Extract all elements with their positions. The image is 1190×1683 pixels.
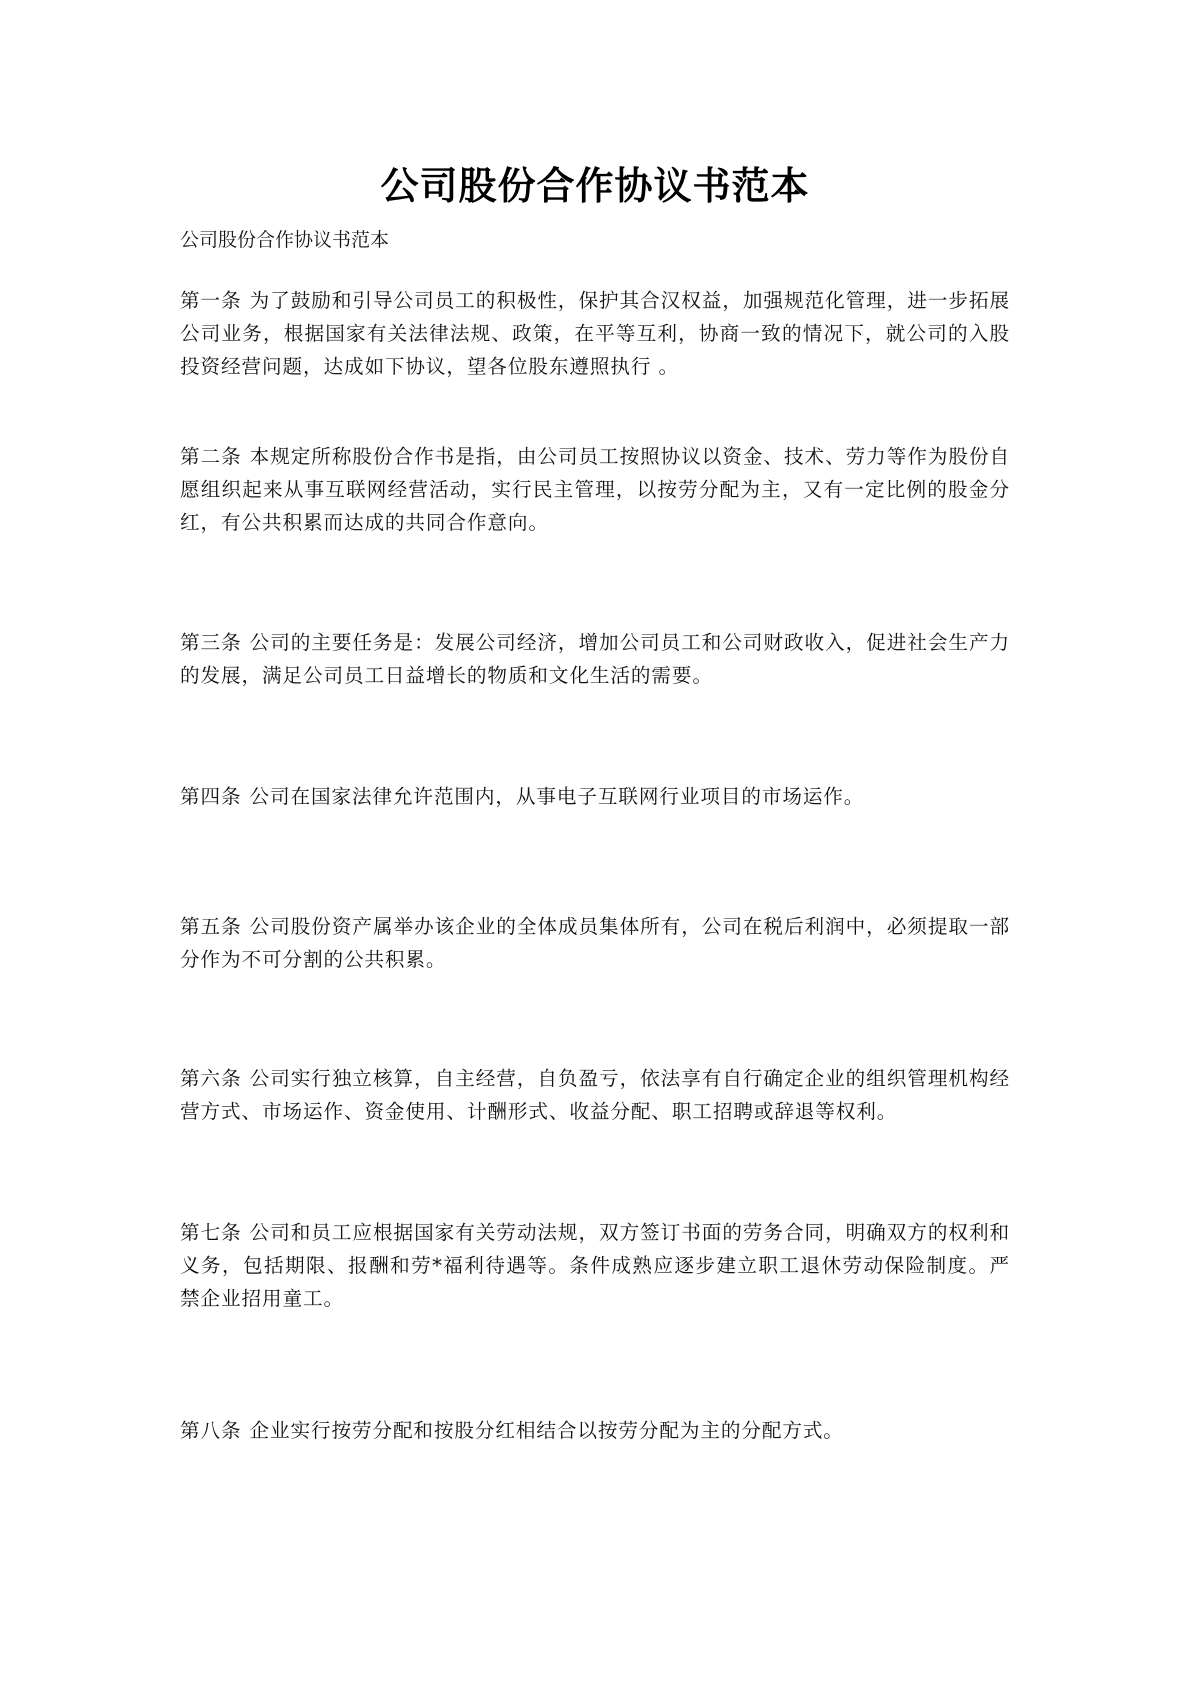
article-text: 公司和员工应根据国家有关劳动法规，双方签订书面的劳务合同，明确双方的权利和义务，… <box>180 1221 1010 1310</box>
article-6: 第六条公司实行独立核算，自主经营，自负盈亏，依法享有自行确定企业的组织管理机构经… <box>180 1062 1010 1128</box>
article-number: 第七条 <box>180 1221 242 1244</box>
article-number: 第六条 <box>180 1067 242 1090</box>
document-title: 公司股份合作协议书范本 <box>0 160 1190 212</box>
article-5: 第五条公司股份资产属举办该企业的全体成员集体所有，公司在税后利润中，必须提取一部… <box>180 910 1010 976</box>
article-number: 第一条 <box>180 289 242 312</box>
document-page: 公司股份合作协议书范本 公司股份合作协议书范本 第一条为了鼓励和引导公司员工的积… <box>0 0 1190 1683</box>
article-number: 第五条 <box>180 915 242 938</box>
article-number: 第三条 <box>180 631 242 654</box>
article-text: 为了鼓励和引导公司员工的积极性，保护其合汉权益，加强规范化管理，进一步拓展公司业… <box>180 289 1010 378</box>
article-2: 第二条本规定所称股份合作书是指，由公司员工按照协议以资金、技术、劳力等作为股份自… <box>180 440 1010 539</box>
article-3: 第三条公司的主要任务是：发展公司经济，增加公司员工和公司财政收入，促进社会生产力… <box>180 626 1010 692</box>
article-text: 企业实行按劳分配和按股分红相结合以按劳分配为主的分配方式。 <box>249 1419 843 1442</box>
document-subtitle: 公司股份合作协议书范本 <box>180 224 389 257</box>
article-7: 第七条公司和员工应根据国家有关劳动法规，双方签订书面的劳务合同，明确双方的权利和… <box>180 1216 1010 1315</box>
article-number: 第四条 <box>180 785 241 808</box>
article-number: 第八条 <box>180 1419 241 1442</box>
article-1: 第一条为了鼓励和引导公司员工的积极性，保护其合汉权益，加强规范化管理，进一步拓展… <box>180 284 1010 383</box>
article-number: 第二条 <box>180 445 242 468</box>
article-text: 公司实行独立核算，自主经营，自负盈亏，依法享有自行确定企业的组织管理机构经营方式… <box>180 1067 1010 1123</box>
article-8: 第八条企业实行按劳分配和按股分红相结合以按劳分配为主的分配方式。 <box>180 1414 1010 1447</box>
article-text: 公司在国家法律允许范围内，从事电子互联网行业项目的市场运作。 <box>249 785 864 808</box>
article-text: 本规定所称股份合作书是指，由公司员工按照协议以资金、技术、劳力等作为股份自愿组织… <box>180 445 1010 534</box>
article-4: 第四条公司在国家法律允许范围内，从事电子互联网行业项目的市场运作。 <box>180 780 1010 813</box>
article-text: 公司股份资产属举办该企业的全体成员集体所有，公司在税后利润中，必须提取一部分作为… <box>180 915 1010 971</box>
article-text: 公司的主要任务是：发展公司经济，增加公司员工和公司财政收入，促进社会生产力的发展… <box>180 631 1010 687</box>
